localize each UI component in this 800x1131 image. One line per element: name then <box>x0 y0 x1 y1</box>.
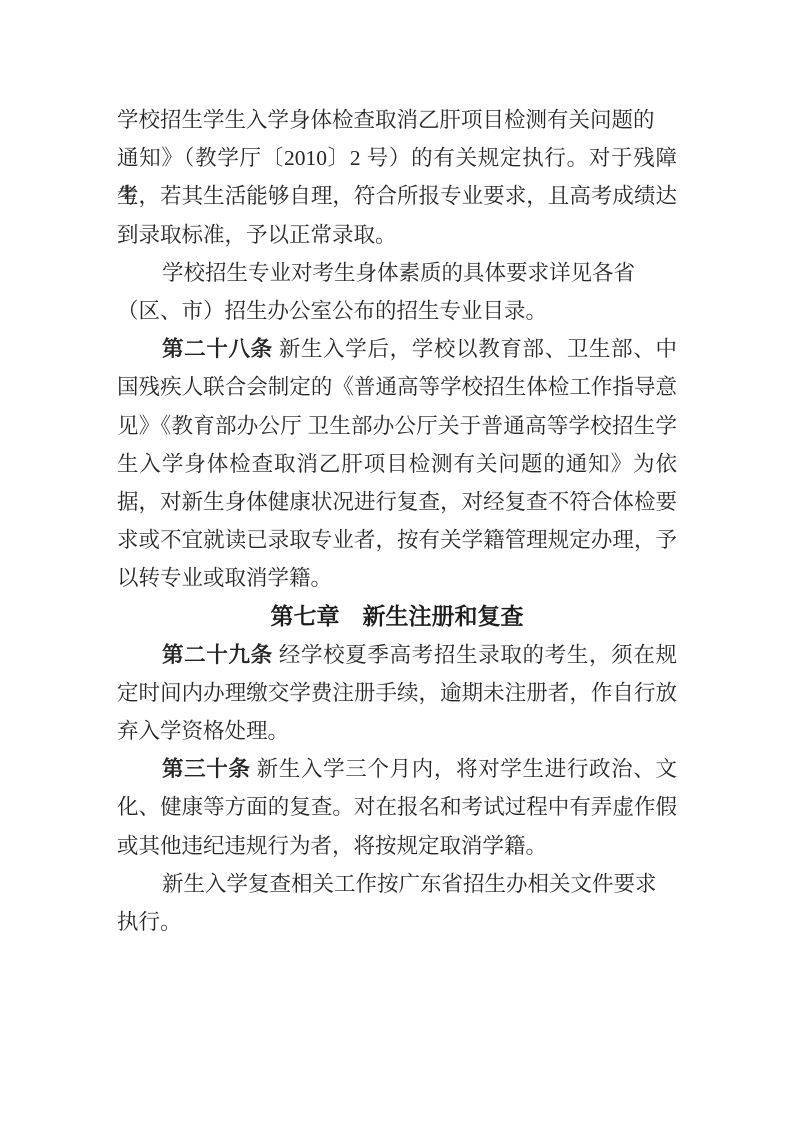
document-page: 学校招生学生入学身体检查取消乙肝项目检测有关问题的 通知》（教学厅〔2010〕2… <box>0 0 800 1131</box>
line-text: 到录取标准，予以正常录取。 <box>117 223 397 247</box>
line-text: 生，若其生活能够自理，符合所报专业要求，且高考成绩达 <box>117 184 677 208</box>
article-number-bold: 第三十条 <box>162 757 251 781</box>
line-text: 见》《教育部办公厅 卫生部办公厅关于普通高等学校招生学 <box>117 414 677 438</box>
article-30-line: 第三十条 新生入学三个月内，将对学生进行政治、文 <box>117 750 677 788</box>
line-text: 执行。 <box>117 910 182 934</box>
article-29-line: 第二十九条 经学校夏季高考招生录取的考生，须在规 <box>117 636 677 674</box>
body-line: 见》《教育部办公厅 卫生部办公厅关于普通高等学校招生学 <box>117 407 677 445</box>
body-line: 弃入学资格处理。 <box>117 712 677 750</box>
line-text: 求或不宜就读已录取专业者，按有关学籍管理规定办理，予 <box>117 528 677 552</box>
line-text: 定时间内办理缴交学费注册手续，逾期未注册者，作自行放 <box>117 681 677 705</box>
article-28-line: 第二十八条 新生入学后，学校以教育部、卫生部、中 <box>117 330 677 368</box>
body-line: 定时间内办理缴交学费注册手续，逾期未注册者，作自行放 <box>117 674 677 712</box>
line-text: 新生入学三个月内，将对学生进行政治、文 <box>251 757 677 781</box>
body-line: 以转专业或取消学籍。 <box>117 559 677 597</box>
line-text: 新生入学后，学校以教育部、卫生部、中 <box>273 337 677 361</box>
line-text: 生入学身体检查取消乙肝项目检测有关问题的通知》为依 <box>117 452 677 476</box>
line-text: （区、市）招生办公室公布的招生专业目录。 <box>117 299 547 323</box>
chapter-heading: 第七章 新生注册和复查 <box>117 597 677 635</box>
body-line: 国残疾人联合会制定的《普通高等学校招生体检工作指导意 <box>117 368 677 406</box>
body-line: 到录取标准，予以正常录取。 <box>117 216 677 254</box>
line-text: 经学校夏季高考招生录取的考生，须在规 <box>273 643 677 667</box>
body-line: 执行。 <box>117 903 677 941</box>
document-text-column: 学校招生学生入学身体检查取消乙肝项目检测有关问题的 通知》（教学厅〔2010〕2… <box>117 101 677 941</box>
line-text: 学校招生学生入学身体检查取消乙肝项目检测有关问题的 <box>117 108 655 132</box>
line-text: 学校招生专业对考生身体素质的具体要求详见各省 <box>162 261 635 285</box>
line-text: 新生入学复查相关工作按广东省招生办相关文件要求 <box>162 872 657 896</box>
line-text: 弃入学资格处理。 <box>117 719 289 743</box>
body-line: 或其他违纪违规行为者，将按规定取消学籍。 <box>117 827 677 865</box>
body-line: 生入学身体检查取消乙肝项目检测有关问题的通知》为依 <box>117 445 677 483</box>
body-line: 生，若其生活能够自理，符合所报专业要求，且高考成绩达 <box>117 177 677 215</box>
article-number-bold: 第二十八条 <box>162 337 273 361</box>
line-text: 以转专业或取消学籍。 <box>117 566 332 590</box>
article-number-bold: 第二十九条 <box>162 643 273 667</box>
line-text: 国残疾人联合会制定的《普通高等学校招生体检工作指导意 <box>117 375 677 399</box>
body-line: 新生入学复查相关工作按广东省招生办相关文件要求 <box>117 865 677 903</box>
line-text: 据，对新生身体健康状况进行复查，对经复查不符合体检要 <box>117 490 677 514</box>
body-line: 求或不宜就读已录取专业者，按有关学籍管理规定办理，予 <box>117 521 677 559</box>
body-line: （区、市）招生办公室公布的招生专业目录。 <box>117 292 677 330</box>
body-line: 学校招生专业对考生身体素质的具体要求详见各省 <box>117 254 677 292</box>
body-line: 据，对新生身体健康状况进行复查，对经复查不符合体检要 <box>117 483 677 521</box>
body-line: 学校招生学生入学身体检查取消乙肝项目检测有关问题的 <box>117 101 677 139</box>
line-text: 化、健康等方面的复查。对在报名和考试过程中有弄虚作假 <box>117 795 677 819</box>
body-line: 通知》（教学厅〔2010〕2 号）的有关规定执行。对于残障考 <box>117 139 677 177</box>
body-line: 化、健康等方面的复查。对在报名和考试过程中有弄虚作假 <box>117 788 677 826</box>
line-text: 或其他违纪违规行为者，将按规定取消学籍。 <box>117 834 547 858</box>
